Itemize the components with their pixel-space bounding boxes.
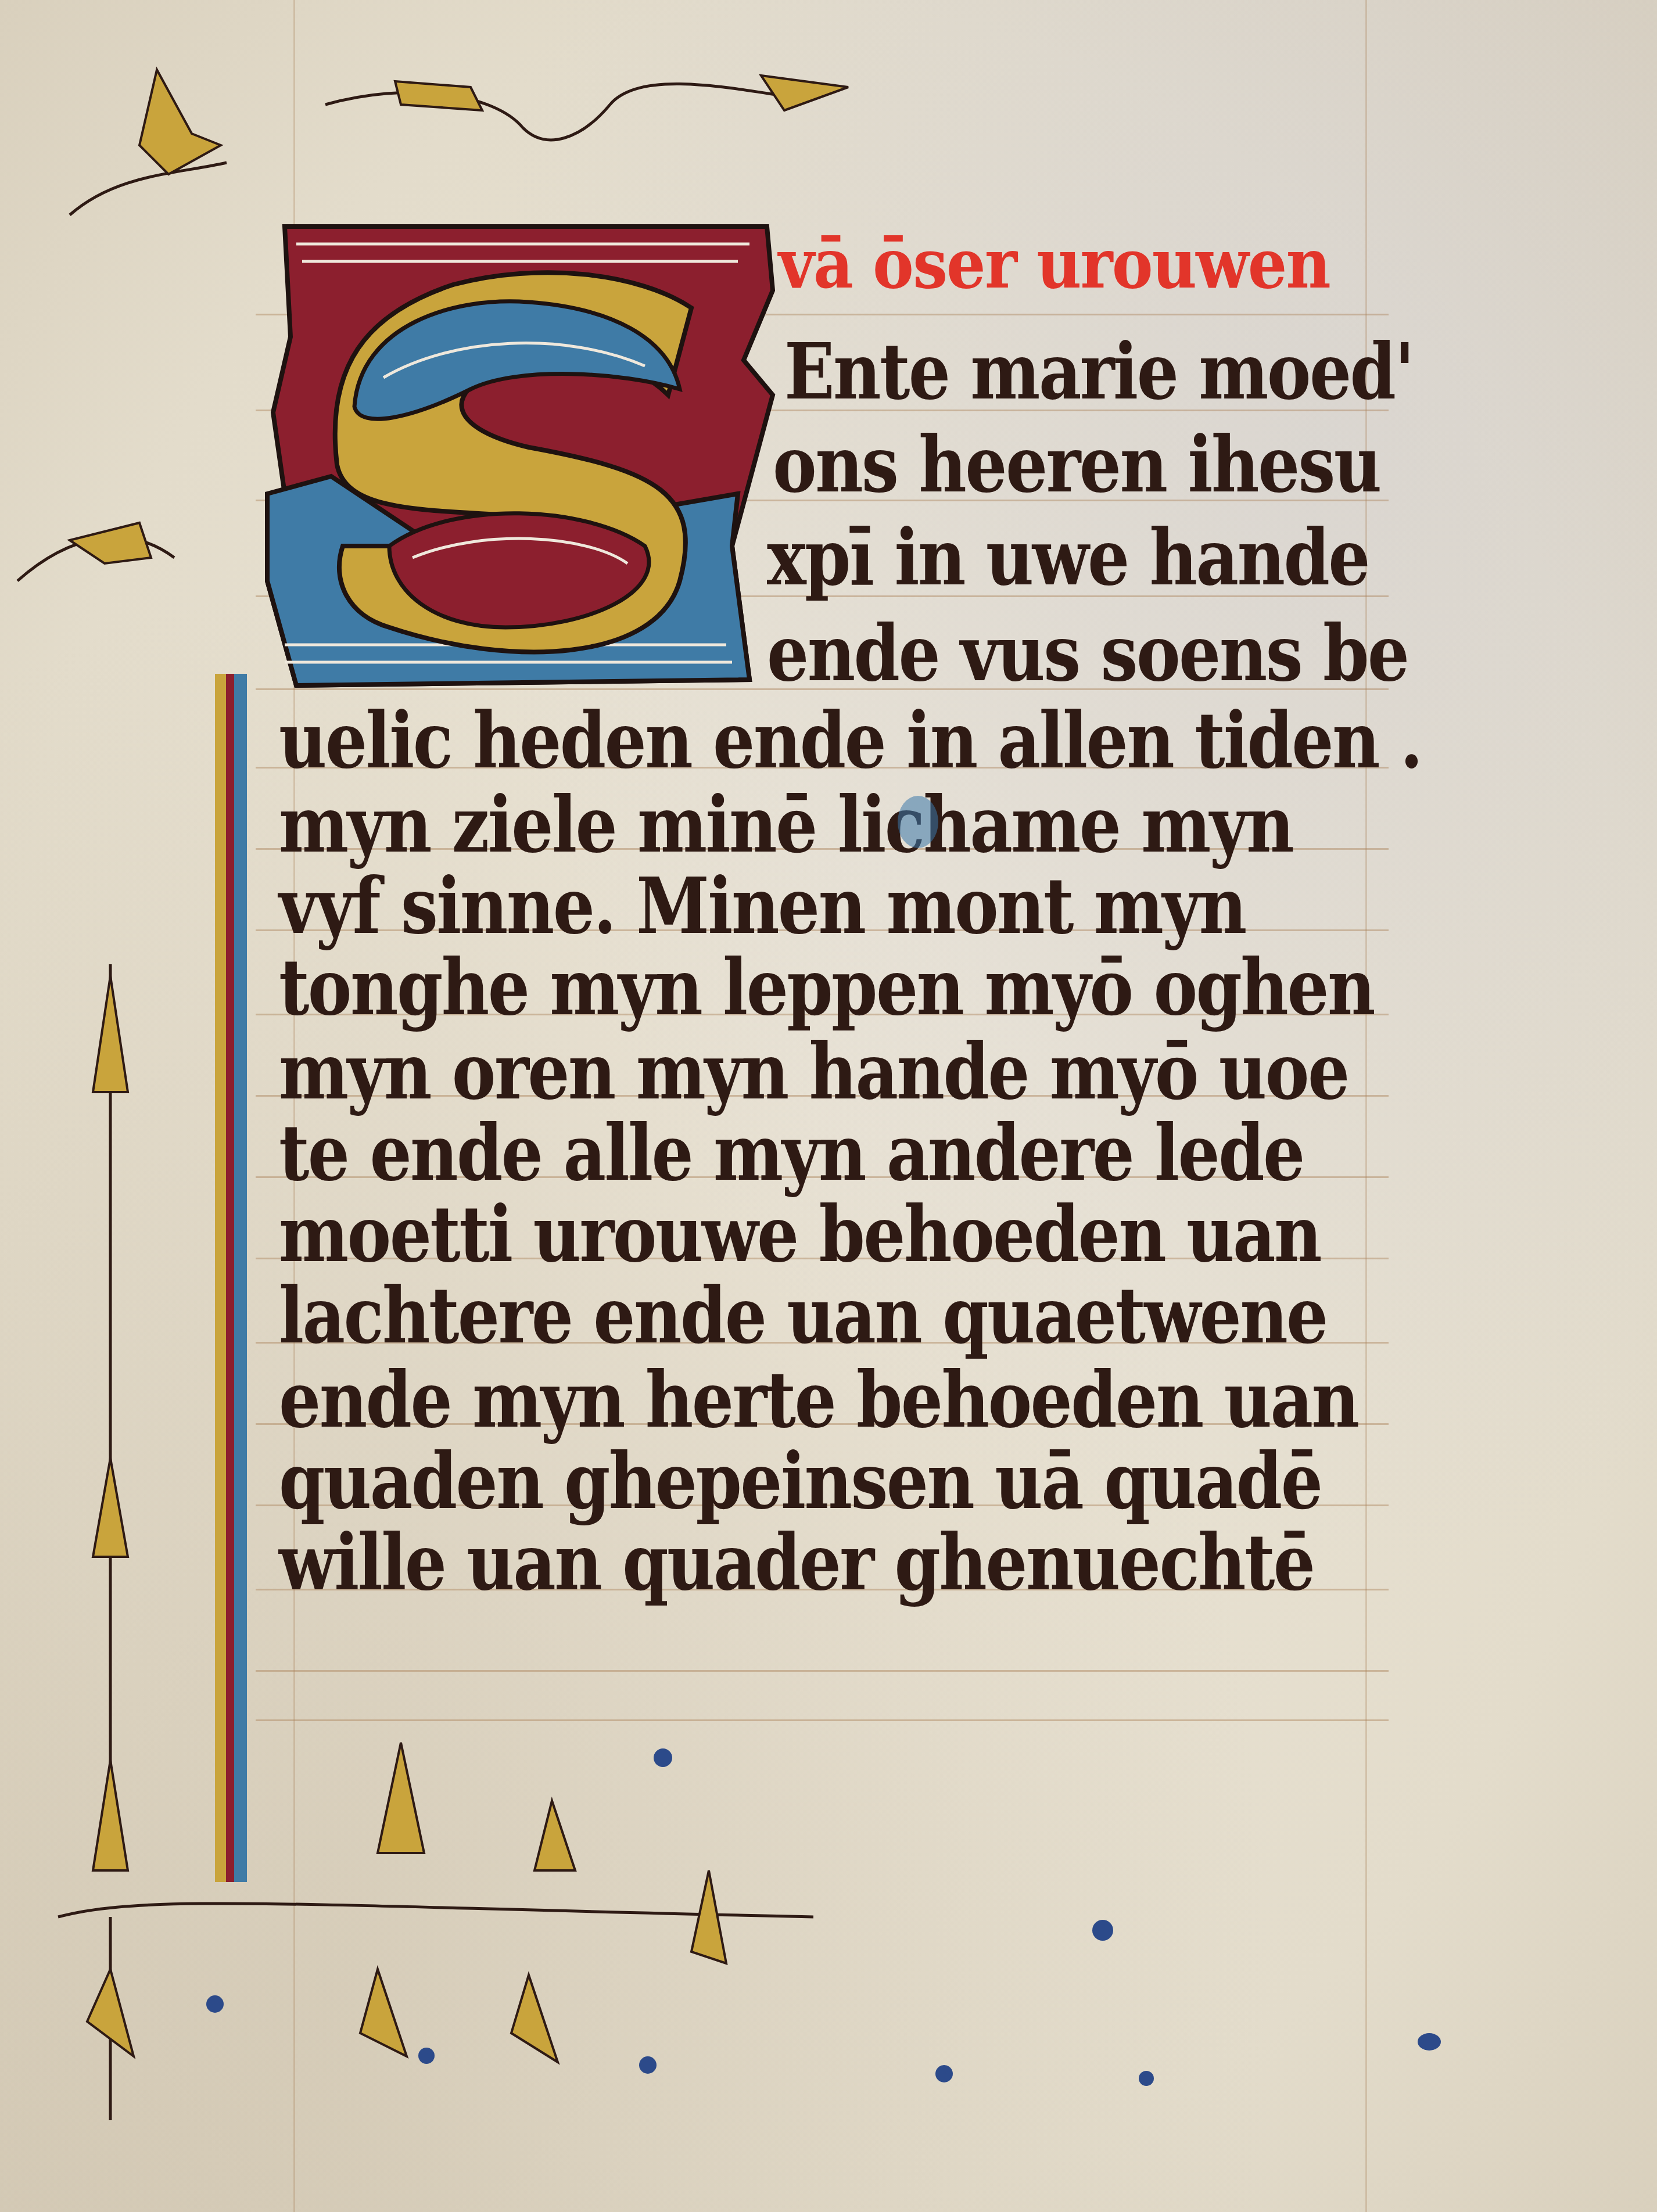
- ink-spot: [654, 1748, 672, 1767]
- ink-spot: [1418, 2033, 1441, 2051]
- ink-spot: [639, 2056, 657, 2074]
- ink-spot: [1139, 2071, 1154, 2086]
- ink-spot: [206, 1995, 224, 2013]
- ink-spot: [935, 2065, 953, 2082]
- manuscript-page: vā ōser urouwen Ente marie moed' ons hee…: [0, 0, 1657, 2212]
- marginal-penwork: [0, 0, 1657, 2212]
- ink-spot: [1092, 1920, 1113, 1941]
- ink-spot: [418, 2048, 435, 2064]
- ink-stain: [898, 796, 938, 848]
